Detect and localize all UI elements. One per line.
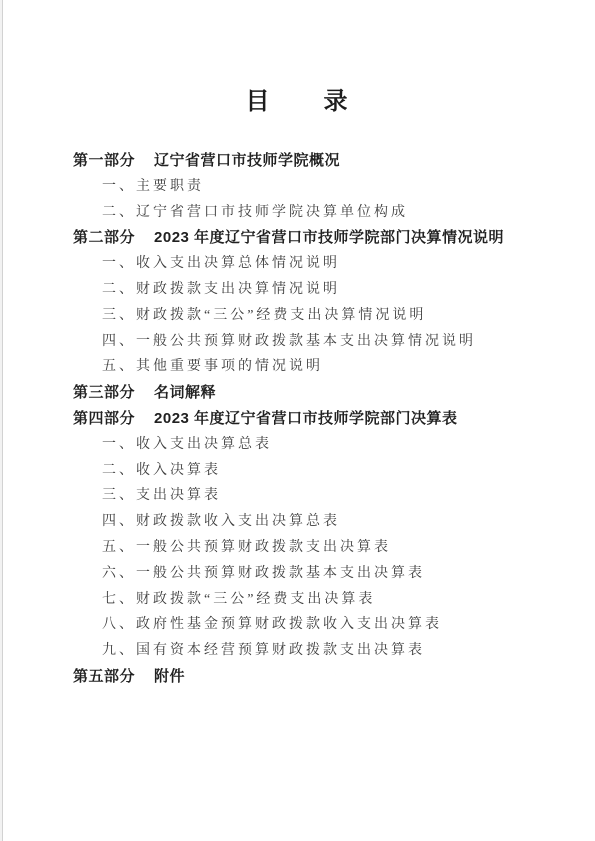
section-label: 第二部分 <box>73 225 135 251</box>
section-title: 辽宁省营口市技师学院概况 <box>154 152 340 169</box>
toc-section-heading-3: 第三部分名词解释 <box>73 380 575 406</box>
section-label: 第一部分 <box>73 148 135 174</box>
toc-section-heading-5: 第五部分附件 <box>73 664 575 690</box>
section-title: 2023 年度辽宁省营口市技师学院部门决算表 <box>154 410 458 427</box>
section-label: 第三部分 <box>73 380 135 406</box>
toc-item: 二、财政拨款支出决算情况说明 <box>73 277 575 303</box>
toc-item: 九、国有资本经营预算财政拨款支出决算表 <box>73 638 575 664</box>
toc-section-heading-1: 第一部分辽宁省营口市技师学院概况 <box>73 148 575 174</box>
section-title: 附件 <box>154 668 185 685</box>
section-label: 第四部分 <box>73 406 135 432</box>
scan-edge-line <box>2 0 3 841</box>
toc-item: 五、一般公共预算财政拨款支出决算表 <box>73 535 575 561</box>
toc-item: 八、政府性基金预算财政拨款收入支出决算表 <box>73 612 575 638</box>
section-label: 第五部分 <box>73 664 135 690</box>
toc-item: 一、主要职责 <box>73 174 575 200</box>
toc-list: 第一部分辽宁省营口市技师学院概况 一、主要职责 二、辽宁省营口市技师学院决算单位… <box>73 148 575 690</box>
toc-item: 七、财政拨款“三公”经费支出决算表 <box>73 587 575 613</box>
toc-section-heading-4: 第四部分2023 年度辽宁省营口市技师学院部门决算表 <box>73 406 575 432</box>
toc-item: 六、一般公共预算财政拨款基本支出决算表 <box>73 561 575 587</box>
toc-item: 二、收入决算表 <box>73 458 575 484</box>
section-title: 名词解释 <box>154 384 216 401</box>
toc-item: 四、财政拨款收入支出决算总表 <box>73 509 575 535</box>
toc-item: 一、收入支出决算总表 <box>73 432 575 458</box>
toc-item: 二、辽宁省营口市技师学院决算单位构成 <box>73 200 575 226</box>
toc-item: 五、其他重要事项的情况说明 <box>73 354 575 380</box>
toc-section-heading-2: 第二部分2023 年度辽宁省营口市技师学院部门决算情况说明 <box>73 225 575 251</box>
toc-item: 三、财政拨款“三公”经费支出决算情况说明 <box>73 303 575 329</box>
toc-item: 一、收入支出决算总体情况说明 <box>73 251 575 277</box>
document-page: 目 录 第一部分辽宁省营口市技师学院概况 一、主要职责 二、辽宁省营口市技师学院… <box>0 0 595 841</box>
section-title: 2023 年度辽宁省营口市技师学院部门决算情况说明 <box>154 229 504 246</box>
toc-item: 四、一般公共预算财政拨款基本支出决算情况说明 <box>73 329 575 355</box>
toc-item: 三、支出决算表 <box>73 483 575 509</box>
toc-title: 目 录 <box>0 0 595 116</box>
